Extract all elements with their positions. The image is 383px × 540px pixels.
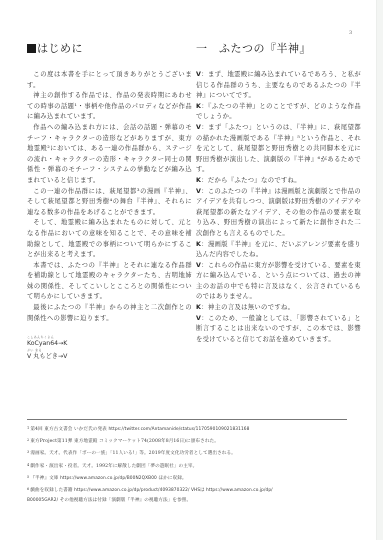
footnote: 3漫画家。天才。代表作「ポーの一族」「11人いる!」等。2019年度文化功労者と… xyxy=(27,447,347,459)
dialogue-text: ：このふたつの『半神』は漫画版と演劇版とで作品のアイデアを共有しつつ、演劇版は野… xyxy=(196,188,361,237)
dialogue-line: K：だから『ふたつ』なのですね。 xyxy=(196,176,361,187)
dialogue-line: V：まず、地霊殿に編み込まれているであろう、と私が信じる作品群のうち、主要なもの… xyxy=(196,70,361,102)
dialogue-text: ：このため、一般論としては、「影響されている」と断言することは出来ないのですが、… xyxy=(196,315,361,343)
left-column: はじめに この度は本書を手にとって頂きありがとうございます。 神主の創作する作品… xyxy=(27,42,192,362)
footnote-text: 『半神』文庫 xyxy=(30,476,60,481)
page-edge xyxy=(376,0,383,540)
dialogue-body: V：まず、地霊殿に編み込まれているであろう、と私が信じる作品群のうち、主要なもの… xyxy=(196,70,361,345)
section-heading-intro: はじめに xyxy=(27,42,192,62)
paragraph: 神主の創作する作品では、作品の発表時期にあわせての時事の話題¹・事柄や他作品のパ… xyxy=(27,91,192,123)
footnote-text: VHSは https://www.amazon.co.jp/dp/ xyxy=(190,488,273,493)
section-heading-two-hanshin: 一 ふたつの『半神』 xyxy=(196,42,361,62)
paragraph: 最後にふたつの『半神』からの神主と二次創作との関係性への影響に迫ります。 xyxy=(27,303,192,324)
footnotes: 1第4回 東方古文書会 いかだ氏の発表 https://twitter.com/… xyxy=(27,419,347,506)
paragraph: この一連の作品群には、萩尾望都³の漫画『半神』、そして萩尾望都と野田秀樹⁴の舞台… xyxy=(27,187,192,219)
dialogue-text: ：だから『ふたつ』なのですね。 xyxy=(201,177,301,184)
dialogue-text: ：これらの作品に東方が影響を受けている、要素を東方に編み込んでいる、という点につ… xyxy=(196,262,361,301)
page-number: 3 xyxy=(349,30,352,36)
dialogue-text: ：まず、地霊殿に編み込まれているであろう、と私が信じる作品群のうち、主要なもので… xyxy=(196,71,361,99)
footnote-mark: 4 xyxy=(27,463,29,467)
dialogue-text: ：『ふたつの半神』とのことですが、どのような作品でしょうか。 xyxy=(196,103,361,121)
footnote-text: その他視聴方法は付録「演劇版『半神』の視聴方法」を参照。 xyxy=(58,498,191,503)
footnote-text: 漫画家。天才。代表作「ポーの一族」「11人いる!」等。2019年度文化功労者とし… xyxy=(30,451,236,456)
dialogue-line: K：『ふたつの半神』とのことですが、どのような作品でしょうか。 xyxy=(196,102,361,123)
dialogue-text: ：漫画版『半神』を元に、だいぶアレンジ要素を盛り込んだ内容でしたね。 xyxy=(196,241,361,259)
dialogue-line: K：神主の言及は無いのですね。 xyxy=(196,303,361,314)
footnote-mark: 3 xyxy=(27,450,29,454)
footnote-text: ほかに収録。 xyxy=(157,476,187,481)
paragraph: 作品への編み込まれ方には、会話の話題・弾幕のモチーフ・キャラクターの造形などがあ… xyxy=(27,123,192,187)
dialogue-line: K：漫画版『半神』を元に、だいぶアレンジ要素を盛り込んだ内容でしたね。 xyxy=(196,240,361,261)
dialogue-line: V：これらの作品に東方が影響を受けている、要素を東方に編み込んでいる、という点に… xyxy=(196,261,361,303)
footnote-mark: 1 xyxy=(27,426,29,430)
dialogue-line: V：このため、一般論としては、「影響されている」と断言することは出来ないのですが… xyxy=(196,314,361,346)
footnote: 6戯曲を収録した書籍 https://www.amazon.co.jp/dp/p… xyxy=(27,484,347,496)
dialogue-line: V：まず「ふたつ」というのは、『半神』に、萩尾望都の描かれた漫画版である『半神』… xyxy=(196,123,361,176)
intro-body: この度は本書を手にとって頂きありがとうございます。 神主の創作する作品では、作品… xyxy=(27,70,192,324)
author-name: KoCyan64→K xyxy=(27,339,192,349)
footnote-mark: 2 xyxy=(27,438,29,442)
footnote-link[interactable]: B00005GAR2/ xyxy=(27,498,58,503)
footnote-link[interactable]: https://www.amazon.co.jp/dp/product/4093… xyxy=(74,488,189,493)
dialogue-text: ：まず「ふたつ」というのは、『半神』に、萩尾望都の描かれた漫画版である『半神』⁵… xyxy=(196,124,361,173)
authors-block: こしあんちくよん KoCyan64→K ぶい まる V 丸もどき→V xyxy=(27,336,192,362)
footnote-continued: B00005GAR2/ その他視聴方法は付録「演劇版『半神』の視聴方法」を参照。 xyxy=(27,496,347,506)
footnote-mark: 5 xyxy=(27,475,29,479)
dialogue-line: V：このふたつの『半神』は漫画版と演劇版とで作品のアイデアを共有しつつ、演劇版は… xyxy=(196,187,361,240)
footnote: 1第4回 東方古文書会 いかだ氏の発表 https://twitter.com/… xyxy=(27,423,347,435)
paragraph: この度は本書を手にとって頂きありがとうございます。 xyxy=(27,70,192,91)
footnote: 2東方Project第11弾 東方地霊殿 コミックマーケット74(2008年8月… xyxy=(27,435,347,447)
footnote-link[interactable]: https://www.amazon.co.jp/dp/B00N2QXB00 xyxy=(60,476,157,481)
footnote: 5『半神』文庫 https://www.amazon.co.jp/dp/B00N… xyxy=(27,472,347,484)
paragraph: 本書では、ふたつの『半神』とそれに連なる作品群を補助線として地霊殿のキャラクター… xyxy=(27,261,192,303)
black-square-icon xyxy=(27,44,36,53)
paragraph: そして、地霊殿に編み込まれたものに対して、元となる作品においての意味を知ることで… xyxy=(27,218,192,260)
footnote-mark: 6 xyxy=(27,487,29,491)
footnote: 4劇作家・演出家・役者。天才。1992年に解散した劇団「夢の遊眠社」の主宰。 xyxy=(27,460,347,472)
dialogue-text: ：神主の言及は無いのですね。 xyxy=(201,304,294,311)
footnote-text: 東方Project第11弾 東方地霊殿 コミックマーケット74(2008年8月1… xyxy=(30,439,219,444)
footnote-link[interactable]: https://twitter.com/Antamanide/status/11… xyxy=(108,427,249,432)
footnote-text: 戯曲を収録した書籍 xyxy=(30,488,74,493)
heading-text: はじめに xyxy=(37,42,83,55)
author-name: V 丸もどき→V xyxy=(27,352,192,362)
footnote-text: 劇作家・演出家・役者。天才。1992年に解散した劇団「夢の遊眠社」の主宰。 xyxy=(30,464,197,469)
right-column: 一 ふたつの『半神』 V：まず、地霊殿に編み込まれているであろう、と私が信じる作… xyxy=(196,42,361,345)
document-page: 3 はじめに この度は本書を手にとって頂きありがとうございます。 神主の創作する… xyxy=(0,0,376,540)
footnote-text: 第4回 東方古文書会 いかだ氏の発表 xyxy=(30,427,108,432)
